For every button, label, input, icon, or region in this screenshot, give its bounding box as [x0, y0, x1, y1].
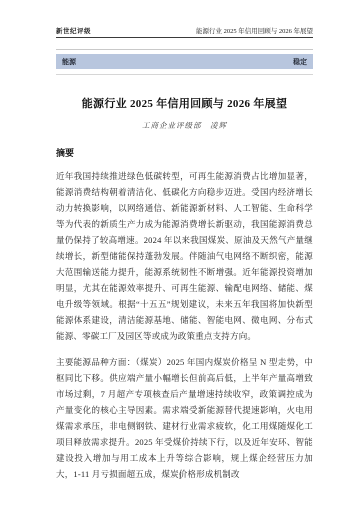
report-page: 新世纪评级 能源行业 2025 年信用回顾与 2026 年展望 能源 稳定 能源…	[0, 0, 360, 509]
summary-paragraph-1: 近年我国持续推进绿色低碳转型，可再生能源消费占比增加显著，能源消费结构朝着清洁化…	[56, 168, 313, 344]
summary-paragraph-2: 主要能源品种方面：（煤炭）2025 年国内煤炭价格呈 N 型走势，中枢同比下移。…	[56, 354, 313, 482]
outlook-label: 稳定	[293, 57, 307, 67]
sector-outlook-band: 能源 稳定	[56, 54, 313, 69]
page-number: 1	[0, 473, 360, 481]
sector-label: 能源	[62, 57, 76, 67]
running-header-title: 能源行业 2025 年信用回顾与 2026 年展望	[196, 26, 313, 35]
sector-outlook-table: 能源 稳定	[56, 49, 313, 75]
summary-heading: 摘要	[56, 146, 313, 159]
document-byline: 工商企业评级部 凌辉	[56, 120, 313, 131]
running-header: 新世纪评级 能源行业 2025 年信用回顾与 2026 年展望	[56, 26, 313, 38]
agency-name: 新世纪评级	[56, 26, 91, 35]
document-title: 能源行业 2025 年信用回顾与 2026 年展望	[56, 95, 313, 111]
